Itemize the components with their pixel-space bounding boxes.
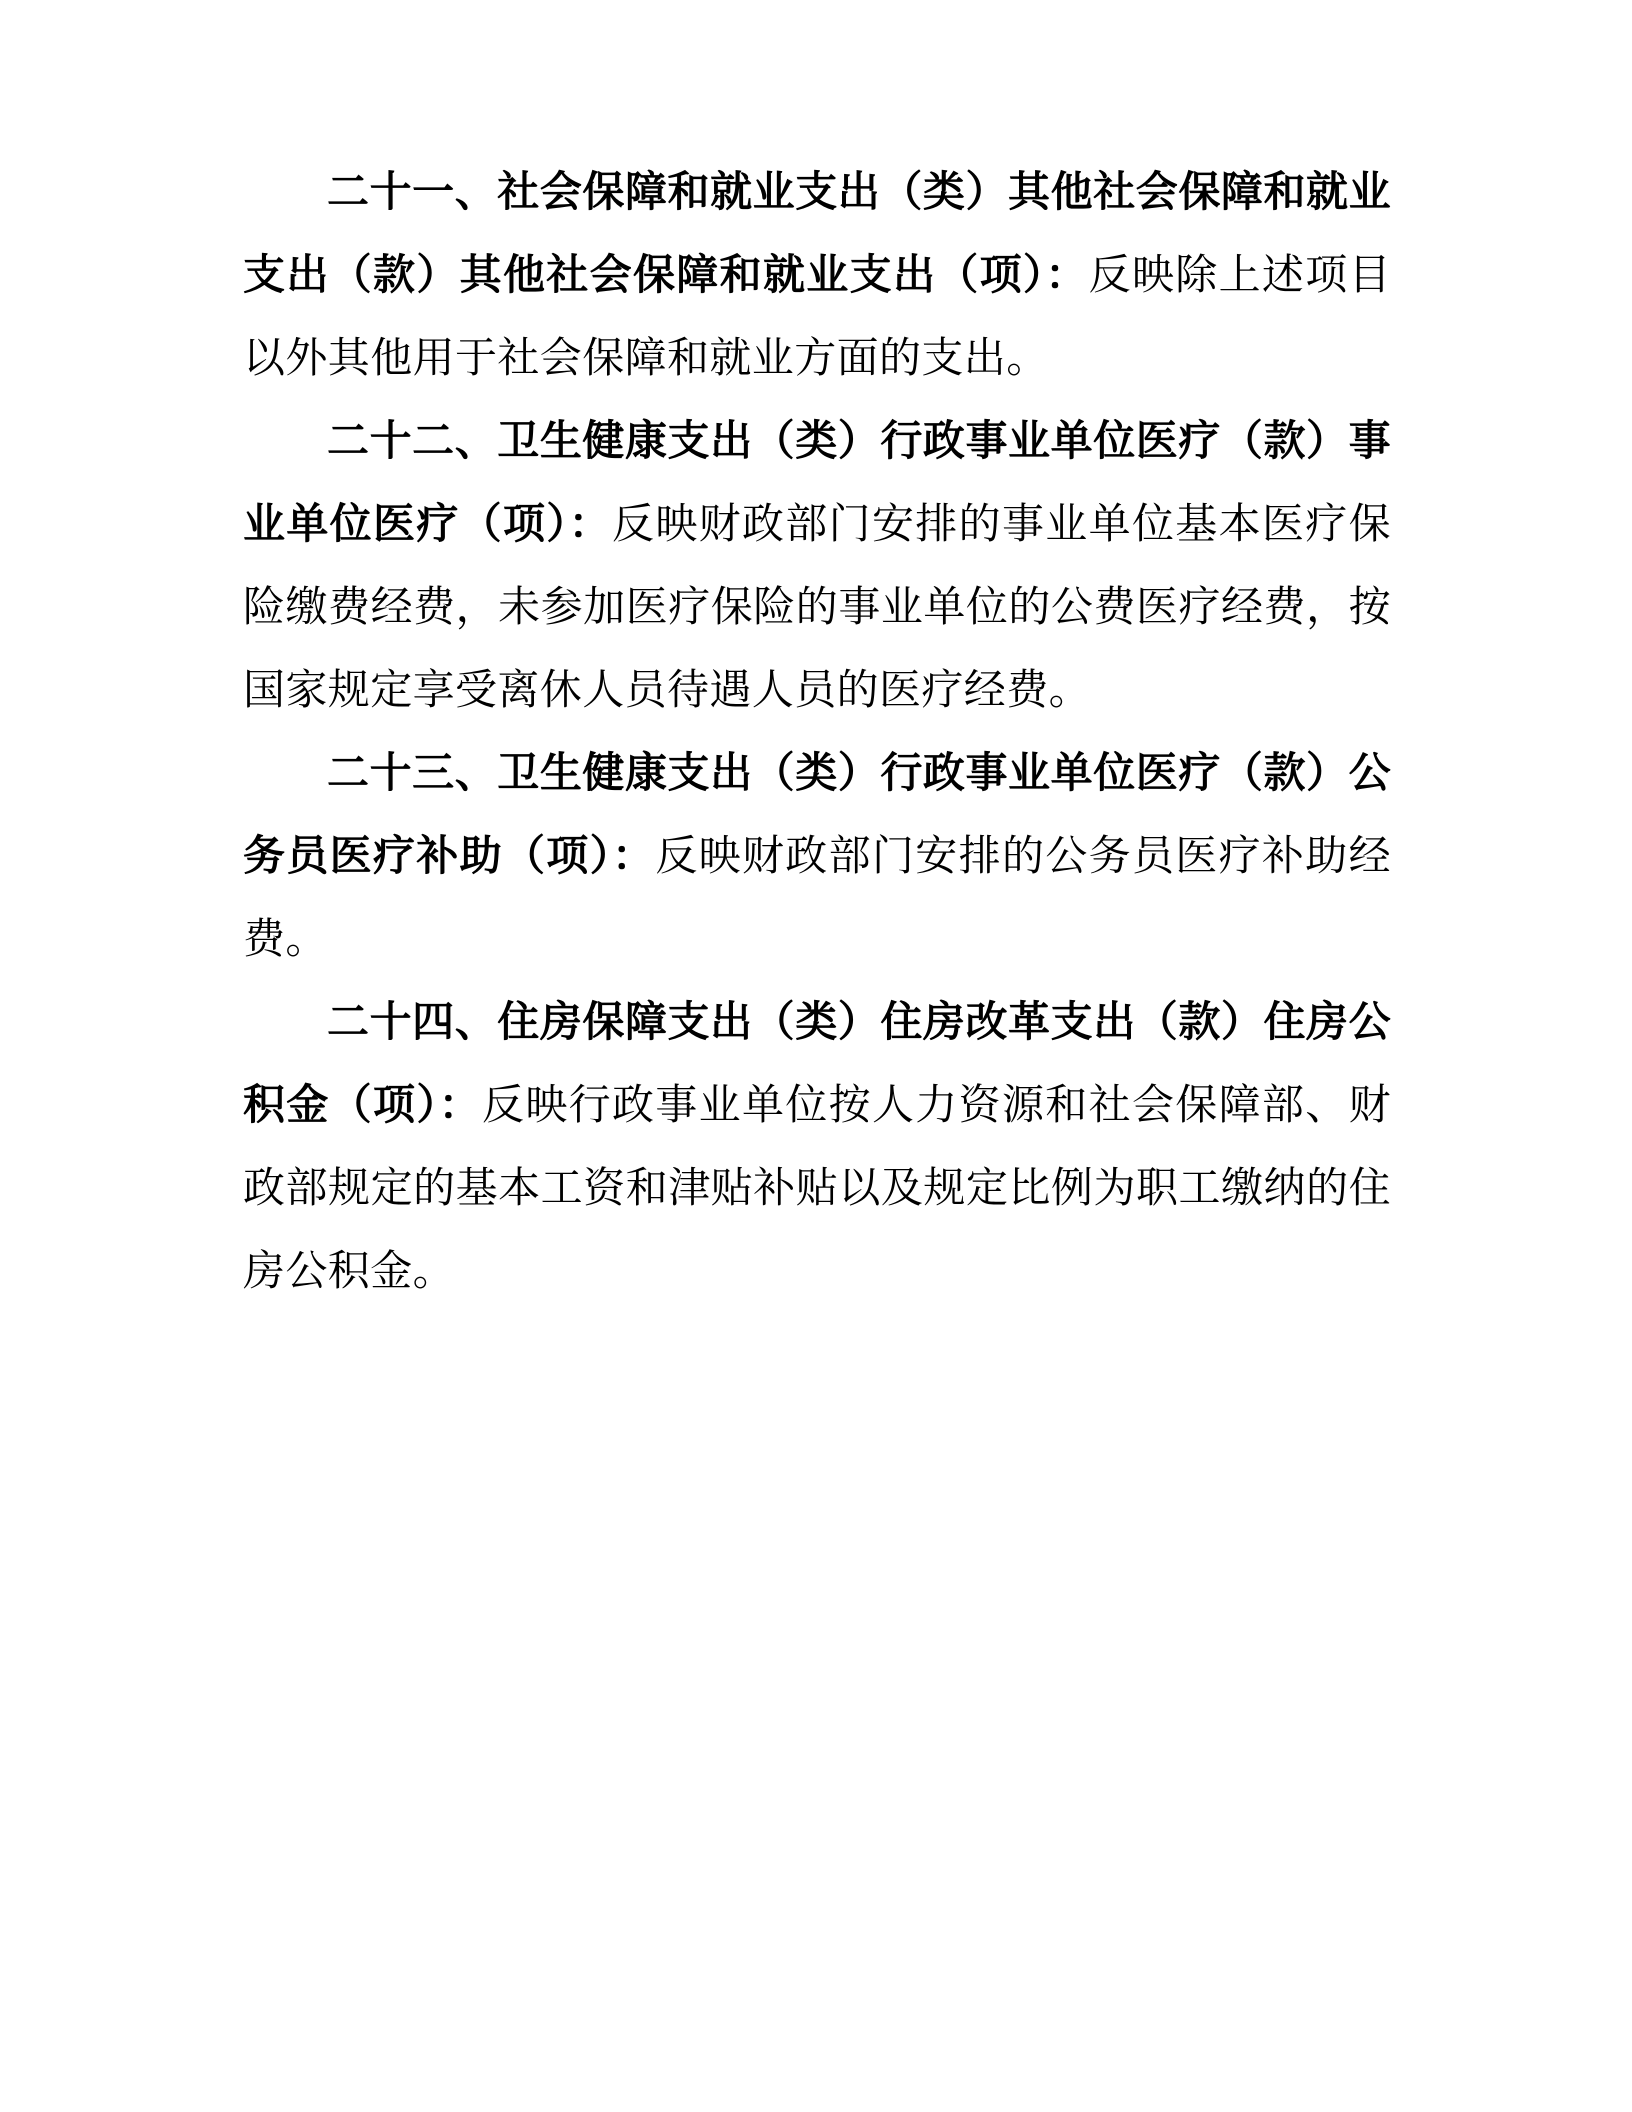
document-page: 二十一、社会保障和就业支出（类）其他社会保障和就业支出（款）其他社会保障和就业支… [0, 0, 1632, 2112]
clause-22-paragraph: 二十二、卫生健康支出（类）行政事业单位医疗（款）事业单位医疗（项）：反映财政部门… [243, 401, 1391, 733]
clause-23-paragraph: 二十三、卫生健康支出（类）行政事业单位医疗（款）公务员医疗补助（项）：反映财政部… [243, 733, 1391, 982]
clause-21-paragraph: 二十一、社会保障和就业支出（类）其他社会保障和就业支出（款）其他社会保障和就业支… [243, 152, 1391, 401]
clause-24-paragraph: 二十四、住房保障支出（类）住房改革支出（款）住房公积金（项）：反映行政事业单位按… [243, 982, 1391, 1314]
document-body: 二十一、社会保障和就业支出（类）其他社会保障和就业支出（款）其他社会保障和就业支… [243, 152, 1391, 1314]
